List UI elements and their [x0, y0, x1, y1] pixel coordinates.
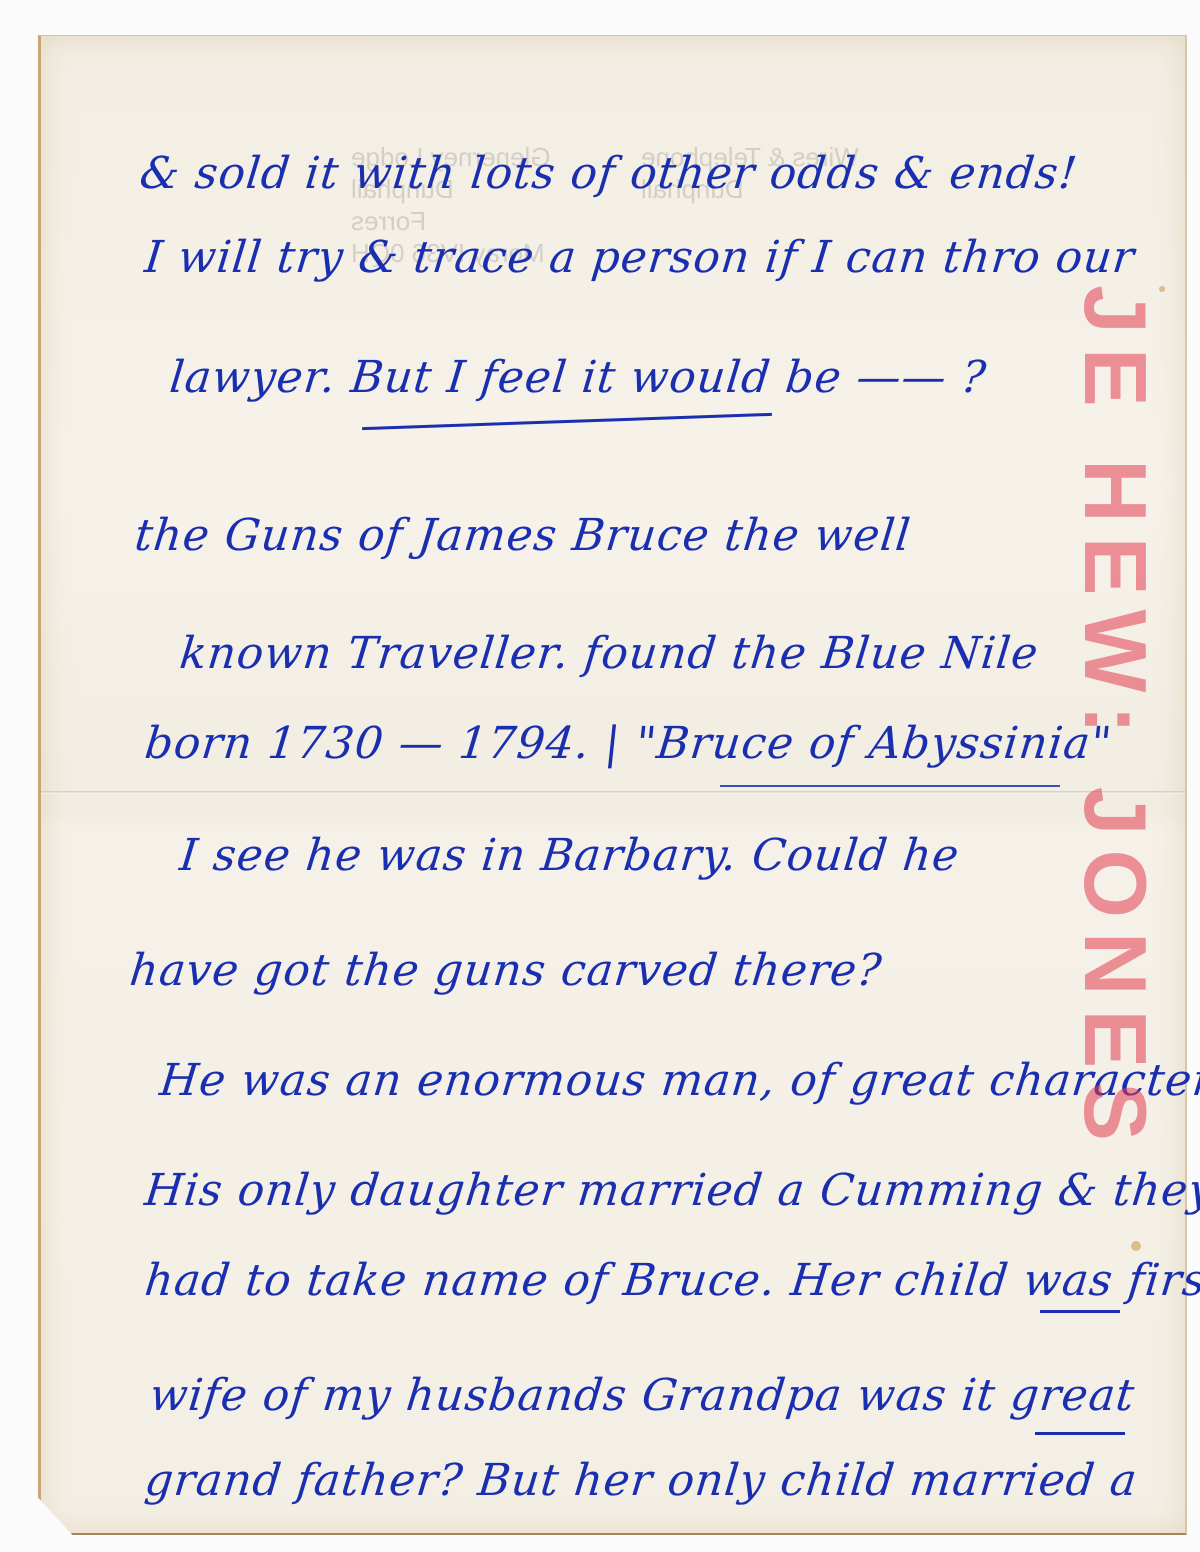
letter-line-4: the Guns of James Bruce the well	[132, 510, 913, 561]
letter-line-1: & sold it with lots of other odds & ends…	[137, 148, 1080, 199]
letter-line-12: wife of my husbands Grandpa was it great	[147, 1370, 1137, 1421]
letter-line-7: I see he was in Barbary. Could he	[177, 830, 962, 881]
margin-annotation-text: JE HEW: JONES	[1064, 285, 1166, 1155]
underline-stroke	[720, 785, 1060, 787]
letter-line-10: His only daughter married a Cumming & th…	[142, 1165, 1200, 1216]
margin-annotation: JE HEW: JONES	[1070, 120, 1160, 1320]
fold-crease	[41, 791, 1185, 794]
letter-line-9: He was an enormous man, of great charact…	[157, 1055, 1200, 1106]
letter-line-2: I will try & trace a person if I can thr…	[142, 232, 1137, 283]
letter-line-5: known Traveller. found the Blue Nile	[177, 628, 1041, 679]
letter-line-11: had to take name of Bruce. Her child was…	[142, 1255, 1200, 1306]
letter-line-3-text: lawyer. But I feel it would be —— ?	[167, 352, 989, 403]
letter-line-13: grand father? But her only child married…	[142, 1455, 1140, 1506]
letter-line-6: born 1730 — 1794. | "Bruce of Abyssinia"	[142, 718, 1114, 769]
letter-line-3: lawyer. But I feel it would be —— ?	[167, 352, 989, 403]
underline-stroke	[1035, 1432, 1125, 1435]
letter-line-8: have got the guns carved there?	[127, 945, 884, 996]
